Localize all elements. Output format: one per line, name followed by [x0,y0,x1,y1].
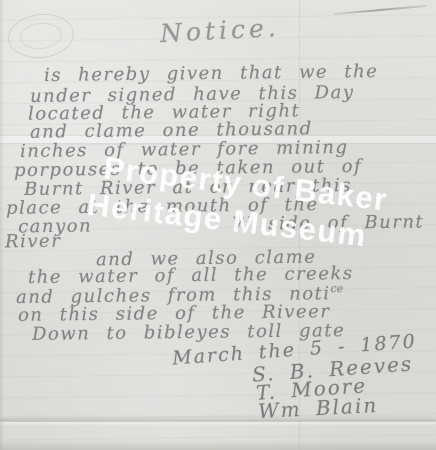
document-title: Notice. [159,13,280,48]
paper-crease-bottom [0,419,436,422]
paper-bottom-shadow [0,440,436,450]
embossed-seal [6,11,76,62]
document-photo: Notice. is hereby given that we the unde… [0,0,436,450]
paper-edge-shadow [0,0,4,450]
superscript-letters: ce [330,282,343,295]
handwritten-line: River [5,231,62,253]
embossed-seal-inner [19,21,63,51]
pencil-mark [333,5,427,15]
